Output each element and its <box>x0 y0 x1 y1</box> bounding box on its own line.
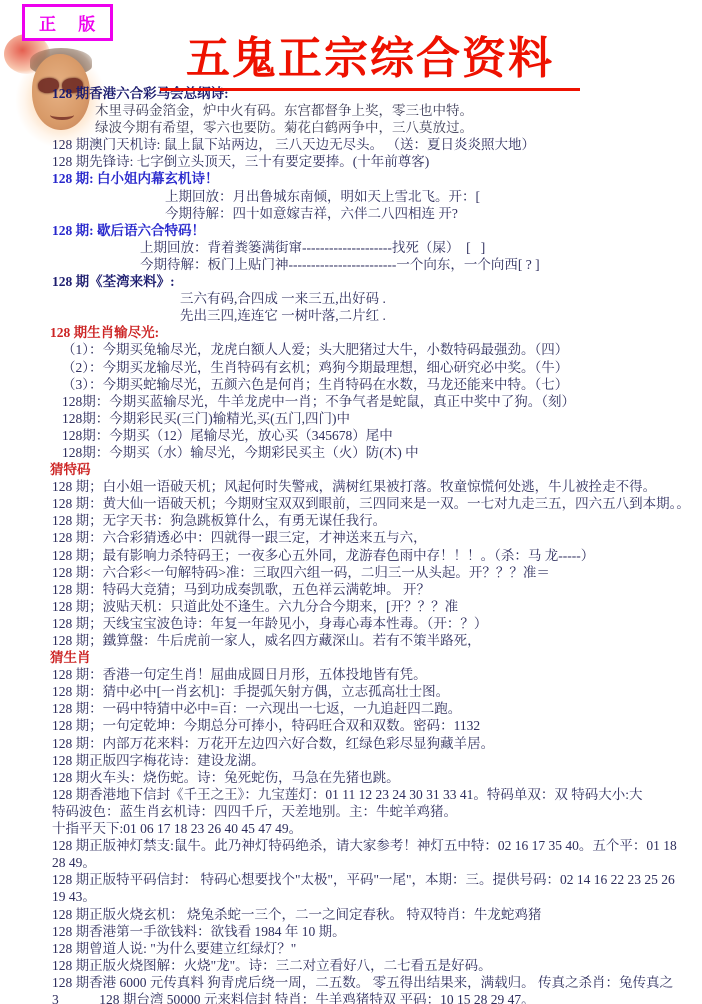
text-line: 128 期：六合彩猜透必中：四就得一跟三定，才神送来五与六， <box>0 529 702 546</box>
text-line: 128 期正版四字梅花诗：建设龙湖。 <box>0 752 702 769</box>
text-line: 上期回放：背着粪篓满街窜--------------------找死（屎） [ … <box>0 239 702 256</box>
text-line: 128期：今期买蓝输尽光，牛羊龙虎中一肖；不争气者是蛇鼠，真正中奖中了狗。（刻） <box>0 393 702 410</box>
text-line: 十指平天下:01 06 17 18 23 26 40 45 47 49。 <box>0 820 702 837</box>
authentic-stamp: 正 版 <box>22 4 113 41</box>
text-line: 128 期；鐵算盤：牛后虎前一家人，威名四方藏深山。若有不策半路死， <box>0 632 702 649</box>
text-line: 28 49。 <box>0 854 702 871</box>
text-line: 128 期：内部万花来料：万花开左边四六好合数，红绿色彩尽显狗藏羊居。 <box>0 735 702 752</box>
page-title: 五鬼正宗综合资料 <box>160 22 580 91</box>
content: 128 期香港六合彩马会总纲诗:木里寻码金箔金，炉中火有码。东宫都督争上奖，零三… <box>0 85 702 1004</box>
text-line: 128 期正版火烧玄机： 烧兔杀蛇一三个，二一之间定春秋。 特双特肖：牛龙蛇鸡猪 <box>0 906 702 923</box>
text-line: 128 期: 歇后语六合特码！ <box>0 222 702 239</box>
text-line: 今期待解：板门上贴门神------------------------一个向东，… <box>0 256 702 273</box>
text-line: 绿波今期有希望，零六也要防。菊花白鹤两争中，三八莫放过。 <box>0 119 702 136</box>
text-line: 三六有码,合四成 一来三五,出好码 . <box>0 290 702 307</box>
text-line: 3 128 期台湾 50000 元来料信封 特肖：牛羊鸡猪特双 平码：10 15… <box>0 991 702 1004</box>
text-line: 猜特码 <box>0 461 702 478</box>
text-line: 128 期香港 6000 元传真料 狗青虎后绕一周，二五数。 零五得出结果来，满… <box>0 974 702 991</box>
text-line: 128 期；天线宝宝波色诗：年复一年龄见小，身毒心毒本性毒。（开：？） <box>0 615 702 632</box>
text-line: 猜生肖 <box>0 649 702 666</box>
text-line: 上期回放：月出鲁城东南倾，明如天上雪北飞。开：[ <box>0 188 702 205</box>
text-line: 128期：今期买（12）尾输尽光，放心买（345678）尾中 <box>0 427 702 444</box>
text-line: 128 期；一句定乾坤：今期总分可捧小，特码旺合双和双数。密码：1132 <box>0 717 702 734</box>
text-line: 128 期：黄大仙一语破天机；今期财宝双双到眼前，三四同来是一双。一七对九走三五… <box>0 495 702 512</box>
text-line: 128 期香港地下信封《千王之王》：九宝莲灯：01 11 12 23 24 30… <box>0 786 702 803</box>
text-line: 128期：今期彩民买(三门)输精光,买(五门,四门)中 <box>0 410 702 427</box>
text-line: 128 期正版火烧图解：火烧"龙"。诗：三二对立看好八，二七看五是好码。 <box>0 957 702 974</box>
text-line: 128 期；最有影响力杀特码王；一夜多心五外同，龙游春色雨中存！！！。（杀：马 … <box>0 547 702 564</box>
text-line: 128 期；白小姐一语破天机；风起何时失警戒，满树红果被打落。牧童惊慌何处逃，牛… <box>0 478 702 495</box>
text-line: 128 期：香港一句定生肖！屈曲成圆日月形，五体投地皆有凭。 <box>0 666 702 683</box>
text-line: 128 期: 白小姐内幕玄机诗！ <box>0 170 702 187</box>
text-line: 128 期：六合彩<一句解特码>准：三取四六组一码，二归三一从头起。开？？？准＝ <box>0 564 702 581</box>
text-line: 今期待解：四十如意嫁吉祥，六伴二八四相连 开? <box>0 205 702 222</box>
text-line: 128 期：一码中特猜中必中=百：一六现出一七返，一九追赶四二跑。 <box>0 700 702 717</box>
text-line: 128 期；波贴天机：只道此处不逢生。六九分合今期来，[开？？？准 <box>0 598 702 615</box>
text-line: （2）：今期买龙输尽光，生肖特码有玄机；鸡狗今期最理想，细心研究必中奖。（牛） <box>0 359 702 376</box>
text-line: 128 期正版特平码信封： 特码心想要找个"太极"，平码"一尾"，本期：三。提供… <box>0 871 702 888</box>
text-line: 19 43。 <box>0 888 702 905</box>
text-line: 128 期；无字天书：狗急跳板算什么，有勇无谋任我行。 <box>0 512 702 529</box>
text-line: 128 期火车头：烧伤蛇。诗：兔死蛇伤，马急在先猪也跳。 <box>0 769 702 786</box>
text-line: 128 期香港第一手欲钱料：欲钱看 1984 年 10 期。 <box>0 923 702 940</box>
text-line: 128 期正版神灯禁支:鼠牛。此乃神灯特码绝杀，请大家参考！神灯五中特：02 1… <box>0 837 702 854</box>
text-line: 特码波色：蓝生肖玄机诗：四四千斤，天差地别。主：牛蛇羊鸡猪。 <box>0 803 702 820</box>
text-line: 128 期：特码大竞猜；马到功成奏凯歌，五色祥云满乾坤。 开？ <box>0 581 702 598</box>
text-line: 128 期先锋诗: 七字倒立头顶天，三十有要定要捧。(十年前尊客) <box>0 153 702 170</box>
text-line: 128 期澳门天机诗: 鼠上鼠下站两边， 三八天边无尽头。 （送：夏日炎炎照大地… <box>0 136 702 153</box>
text-line: 128 期生肖输尽光: <box>0 324 702 341</box>
text-line: （3）：今期买蛇输尽光，五颜六色是何肖；生肖特码在水数，马龙还能来中特。（七） <box>0 376 702 393</box>
text-line: （1）：今期买兔输尽光，龙虎白额人人爱；头大肥猪过大牛，小数特码最强劲。（四） <box>0 341 702 358</box>
text-line: 木里寻码金箔金，炉中火有码。东宫都督争上奖，零三也中特。 <box>0 102 702 119</box>
text-line: 先出三四,连连它 一树叶落,二片红 . <box>0 307 702 324</box>
text-line: 128期：今期买（水）输尽光，今期彩民买主（火）防(木) 中 <box>0 444 702 461</box>
text-line: 128 期：猜中必中[一肖玄机]：手提弧矢射方偶，立志孤高壮士图。 <box>0 683 702 700</box>
authentic-stamp-label: 正 版 <box>39 15 104 34</box>
text-line: 128 期《荃湾来料》: <box>0 273 702 290</box>
text-line: 128 期曾道人说: "为什么要建立红绿灯？" <box>0 940 702 957</box>
